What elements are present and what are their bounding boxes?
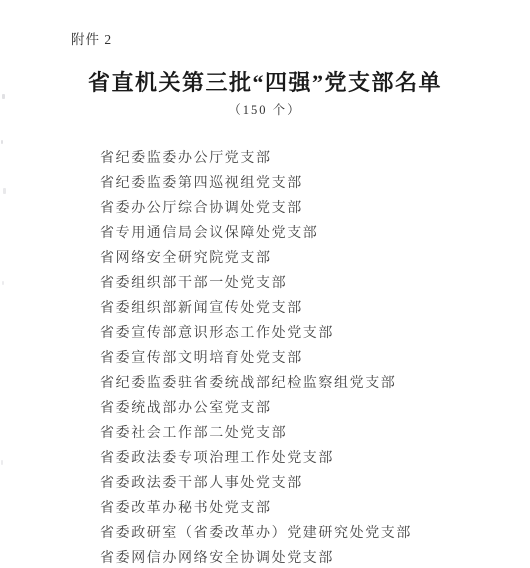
branch-list: 省纪委监委办公厅党支部 省纪委监委第四巡视组党支部 省委办公厅综合协调处党支部 …: [100, 146, 520, 568]
list-item: 省委组织部干部一处党支部: [100, 271, 520, 296]
list-item: 省纪委监委驻省委统战部纪检监察组党支部: [100, 371, 520, 396]
list-item: 省委网信办网络安全协调处党支部: [100, 546, 520, 568]
list-item: 省委办公厅综合协调处党支部: [100, 196, 520, 221]
scan-artifact-mark: [3, 188, 6, 194]
attachment-label: 附件 2: [71, 28, 112, 48]
list-item: 省委统战部办公室党支部: [100, 396, 520, 421]
scan-artifact-mark: [1, 460, 3, 465]
list-item: 省委社会工作部二处党支部: [100, 421, 520, 446]
list-item: 省委宣传部意识形态工作处党支部: [100, 321, 520, 346]
list-item: 省委宣传部文明培育处党支部: [100, 346, 520, 371]
list-item: 省专用通信局会议保障处党支部: [100, 221, 520, 246]
document-page: 附件 2 省直机关第三批“四强”党支部名单 （150 个） 省纪委监委办公厅党支…: [0, 0, 530, 568]
list-item: 省委改革办秘书处党支部: [100, 496, 520, 521]
list-item: 省网络安全研究院党支部: [100, 246, 520, 271]
scan-artifact-mark: [2, 281, 4, 285]
list-item: 省委政法委专项治理工作处党支部: [100, 446, 520, 471]
list-item: 省委政法委干部人事处党支部: [100, 471, 520, 496]
document-count-subtitle: （150 个）: [0, 100, 530, 118]
list-item: 省委政研室（省委改革办）党建研究处党支部: [100, 521, 520, 546]
document-title: 省直机关第三批“四强”党支部名单: [0, 66, 530, 97]
scan-artifact-mark: [1, 140, 3, 144]
scan-artifact-mark: [2, 94, 5, 99]
list-item: 省纪委监委办公厅党支部: [100, 146, 520, 171]
list-item: 省委组织部新闻宣传处党支部: [100, 296, 520, 321]
list-item: 省纪委监委第四巡视组党支部: [100, 171, 520, 196]
